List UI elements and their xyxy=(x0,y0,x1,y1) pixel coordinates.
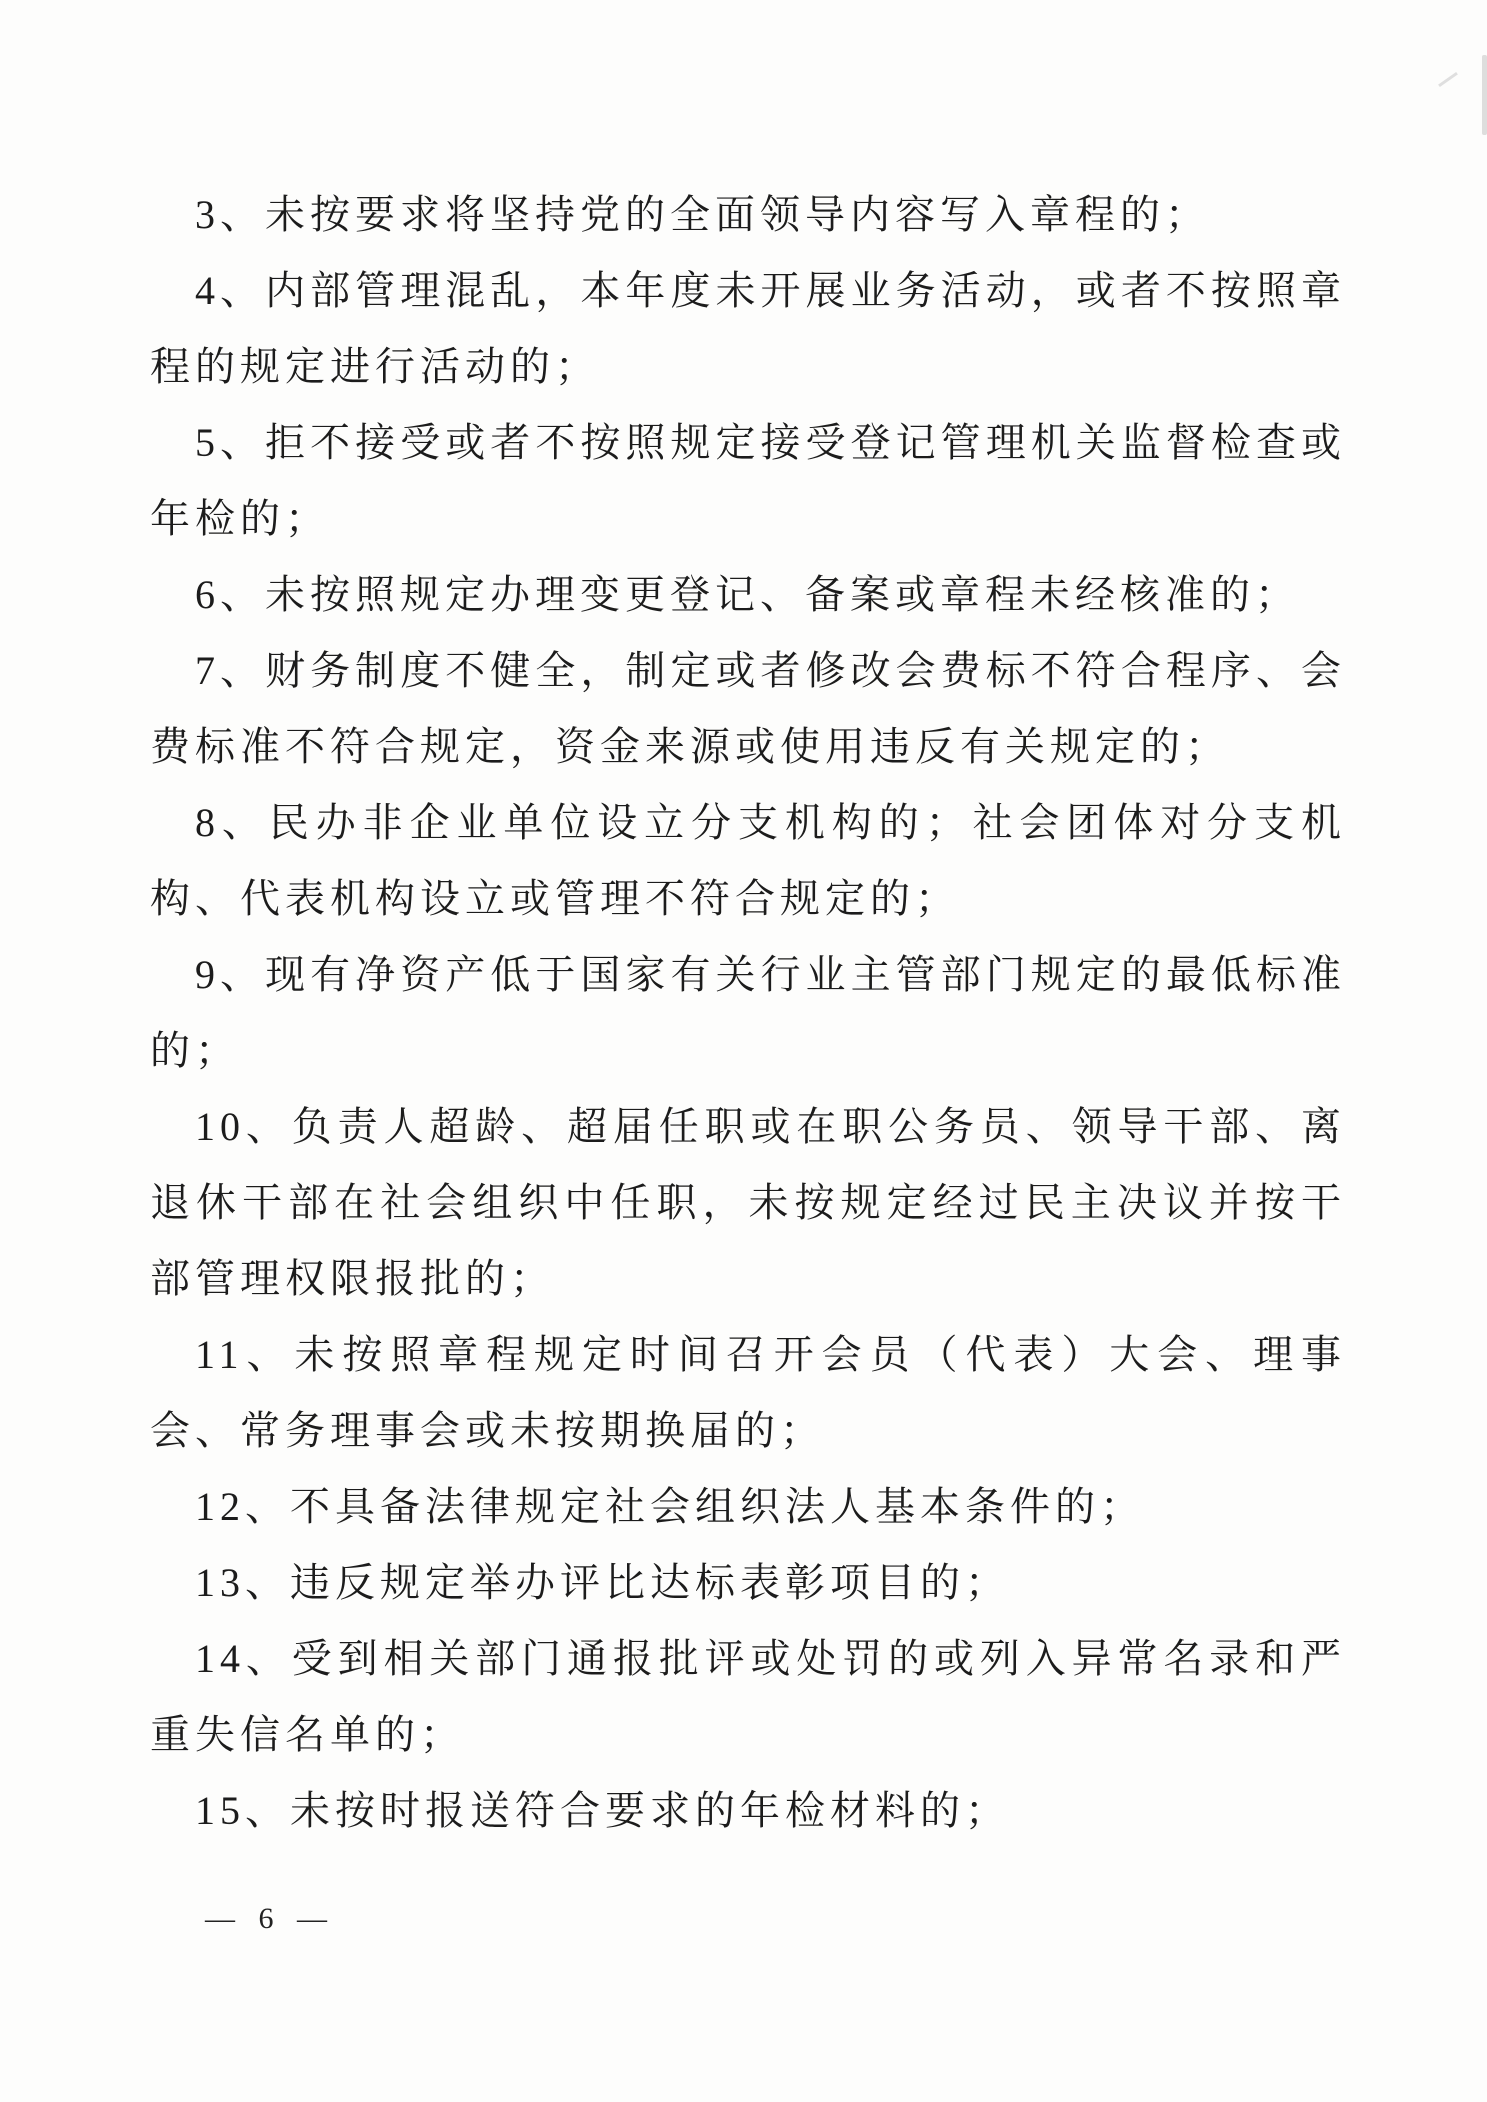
document-page: 3、未按要求将坚持党的全面领导内容写入章程的； 4、内部管理混乱，本年度未开展业… xyxy=(0,0,1487,2102)
page-number: — 6 — xyxy=(205,1902,335,1936)
scan-artifact-edge xyxy=(1482,55,1487,135)
list-item-8: 8、民办非企业单位设立分支机构的；社会团体对分支机构、代表机构设立或管理不符合规… xyxy=(150,785,1346,937)
list-item-4: 4、内部管理混乱，本年度未开展业务活动，或者不按照章程的规定进行活动的； xyxy=(150,253,1346,405)
scan-artifact-smudge xyxy=(1438,72,1458,87)
list-item-5: 5、拒不接受或者不按照规定接受登记管理机关监督检查或年检的； xyxy=(150,405,1346,557)
list-item-9: 9、现有净资产低于国家有关行业主管部门规定的最低标准的； xyxy=(150,937,1346,1089)
list-item-15: 15、未按时报送符合要求的年检材料的； xyxy=(150,1773,1346,1849)
list-item-11: 11、未按照章程规定时间召开会员（代表）大会、理事会、常务理事会或未按期换届的； xyxy=(150,1317,1346,1469)
list-item-12: 12、不具备法律规定社会组织法人基本条件的； xyxy=(150,1469,1346,1545)
document-body: 3、未按要求将坚持党的全面领导内容写入章程的； 4、内部管理混乱，本年度未开展业… xyxy=(150,177,1346,1849)
list-item-10: 10、负责人超龄、超届任职或在职公务员、领导干部、离退休干部在社会组织中任职，未… xyxy=(150,1089,1346,1317)
list-item-7: 7、财务制度不健全，制定或者修改会费标不符合程序、会费标准不符合规定，资金来源或… xyxy=(150,633,1346,785)
list-item-13: 13、违反规定举办评比达标表彰项目的； xyxy=(150,1545,1346,1621)
list-item-6: 6、未按照规定办理变更登记、备案或章程未经核准的； xyxy=(150,557,1346,633)
list-item-14: 14、受到相关部门通报批评或处罚的或列入异常名录和严重失信名单的； xyxy=(150,1621,1346,1773)
list-item-3: 3、未按要求将坚持党的全面领导内容写入章程的； xyxy=(150,177,1346,253)
